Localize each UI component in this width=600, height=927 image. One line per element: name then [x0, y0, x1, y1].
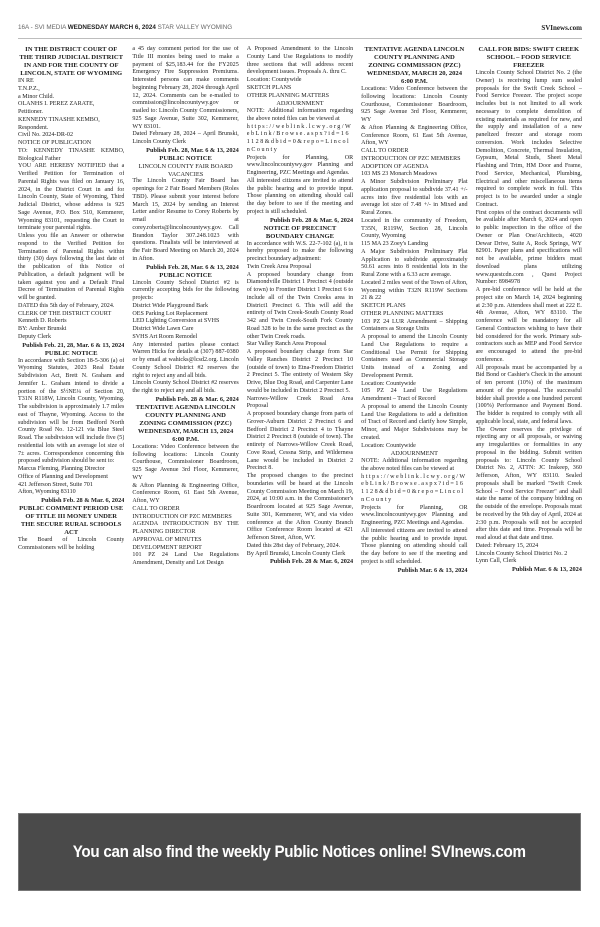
notice-paragraph: CALL TO ORDER [132, 506, 238, 514]
notice-paragraph: Afton, Wyoming 83110 [18, 489, 124, 497]
notice-paragraph: Respondent. [18, 125, 124, 133]
notice-title: TENTATIVE AGENDA LINCOLN COUNTY PLANNING… [361, 46, 467, 86]
publish-dates: Publish Feb. 28 & Mar. 6, 2024 [18, 497, 124, 505]
notice-paragraph: Location: Countywide [361, 381, 467, 389]
notice-paragraph: Star Valley Ranch Area Proposal [247, 341, 353, 349]
publish-dates: Publish Feb. 28 & Mar. 6, 2024 [247, 558, 353, 566]
notice-paragraph: NOTICE OF PUBLICATION [18, 140, 124, 148]
publish-dates: Publish Feb. 28 & Mar. 6, 2024 [132, 396, 238, 404]
notice-paragraph: INTRODUCTION OF PZC MEMBERS [132, 514, 238, 522]
notice-paragraph: OTHER PLANNING MATTERS [247, 93, 353, 101]
notice-paragraph: Projects for Planning, OR www.lincolncou… [247, 155, 353, 178]
header-dateline: 16A - SVI MEDIA WEDNESDAY MARCH 6, 2024 … [18, 24, 232, 31]
publish-dates: Publish Mar. 6 & 13, 2024 [476, 566, 582, 574]
notice-paragraph: Location: Countywide [361, 443, 467, 451]
weblink-url[interactable]: https://weblink.lcwy.org/WebLink/Browse.… [361, 474, 467, 505]
header-site[interactable]: SVInews.com [541, 24, 582, 32]
notice-paragraph: In accordance with Section 18-5-306 (a) … [18, 358, 124, 467]
page-header: 16A - SVI MEDIA WEDNESDAY MARCH 6, 2024 … [18, 24, 582, 39]
notice-paragraph: The Owner reserves the privilege of reje… [476, 427, 582, 543]
notice-paragraph: Civil No. 2024-DR-02 [18, 132, 124, 140]
notice-paragraph: & Afton Planning & Engineering Office, C… [361, 125, 467, 148]
notice-paragraph: By April Brunski, Lincoln County Clerk [247, 551, 353, 559]
notice-paragraph: APPROVAL OF MINUTES [132, 537, 238, 545]
notice-paragraph: Location: Countywide [247, 77, 353, 85]
notice-paragraph: ADOPTION OF AGENDA [361, 164, 467, 172]
notice-paragraph: a Minor Child. [18, 94, 124, 102]
notice-paragraph: District Wide Playground Bark [132, 303, 238, 311]
notice-paragraph: A proposed boundary change from Diamondv… [247, 272, 353, 342]
notice-paragraph: Dated February 28, 2024 – April Brunski,… [132, 131, 238, 147]
notice-paragraph: Lincoln County School District No. 2 [476, 551, 582, 559]
publish-dates: Publish Feb. 28 & Mar. 6, 2024 [247, 217, 353, 225]
column-3: A Proposed Amendment to the Lincoln Coun… [247, 46, 353, 811]
notice-paragraph: T.N.P.Z., [18, 86, 124, 94]
notice-title: PUBLIC NOTICE [18, 350, 124, 358]
notice-paragraph: Lincoln County School District No. 2 (th… [476, 70, 582, 210]
header-date: WEDNESDAY MARCH 6, 2024 [68, 24, 156, 31]
notice-paragraph: The proposed changes to the precinct bou… [247, 473, 353, 543]
notice-paragraph: YOU ARE HEREBY NOTIFIED that a Verified … [18, 163, 124, 233]
notice-paragraph: 115 MA 23 Zoey's Landing [361, 241, 467, 249]
notice-paragraph: A Minor Subdivision Preliminary Plat app… [361, 179, 467, 218]
column-5: CALL FOR BIDS: SWIFT CREEK SCHOOL – FOOD… [476, 46, 582, 811]
publish-dates: Publish Feb. 21, 28, Mar. 6 & 13, 2024 [18, 342, 124, 350]
notice-paragraph: Located 2 miles west of the Town of Afto… [361, 280, 467, 303]
notice-paragraph: The Board of Lincoln County Commissioner… [18, 537, 124, 553]
publish-dates: Publish Mar. 6 & 13, 2024 [361, 567, 467, 575]
notice-paragraph: 103 MS 23 Monarch Meadows [361, 171, 467, 179]
notice-paragraph: INTRODUCTION OF PZC MEMBERS [361, 156, 467, 164]
notice-paragraph: DATED this 5th day of February, 2024. [18, 303, 124, 311]
weblink-url[interactable]: https://weblink.lcwy.org/WebLink/Browse.… [247, 124, 353, 155]
notice-paragraph: Unless you file an Answer or otherwise r… [18, 233, 124, 303]
notice-paragraph: A Proposed Amendment to the Lincoln Coun… [247, 46, 353, 77]
notice-title: PUBLIC COMMENT PERIOD USE OF TITLE III M… [18, 505, 124, 537]
notice-paragraph: A Major Subdivision Preliminary Plat App… [361, 249, 467, 280]
notice-paragraph: A proposal to amend the Lincoln County L… [361, 404, 467, 443]
notice-paragraph: All interested citizens are invited to a… [361, 528, 467, 567]
notice-subtitle: LINCOLN COUNTY FAIR BOARD VACANCIES [132, 163, 238, 179]
publish-dates: Publish Feb. 28, Mar. 6 & 13, 2024 [132, 147, 238, 155]
notice-paragraph: First copies of the contract documents w… [476, 210, 582, 288]
notice-paragraph: Narrows-Willow Creek Road Area Proposal [247, 396, 353, 412]
notice-paragraph: Lincoln County School District #2 reserv… [132, 380, 238, 396]
notice-paragraph: SKETCH PLANS [361, 303, 467, 311]
notice-paragraph: 101 PZ 24 Land Use Regulations Amendment… [132, 552, 238, 568]
notice-subtitle: ADJOURNMENT [361, 450, 467, 458]
notice-paragraph: A pre-bid conference will be held at the… [476, 287, 582, 365]
notice-paragraph: Deputy Clerk [18, 334, 124, 342]
notice-paragraph: Kenneth D. Roberts [18, 318, 124, 326]
notice-paragraph: Petitioner. [18, 109, 124, 117]
notice-paragraph: 103 PZ 24 LUR Amendment – Shipping Conta… [361, 319, 467, 335]
notice-paragraph: Locations: Video Conference between the … [132, 444, 238, 483]
column-1: IN THE DISTRICT COURT OF THE THIRD JUDIC… [18, 46, 124, 811]
notice-paragraph: OES Parking Lot Replacement [132, 311, 238, 319]
notice-title: TENTATIVE AGENDA LINCOLN COUNTY PLANNING… [132, 404, 238, 444]
notice-paragraph: Located in the community of Freedom, T35… [361, 218, 467, 241]
notice-paragraph: CLERK OF THE DISTRICT COURT [18, 311, 124, 319]
header-page: 16A - SVI MEDIA [18, 24, 66, 31]
notices-columns: IN THE DISTRICT COURT OF THE THIRD JUDIC… [18, 46, 582, 811]
notice-paragraph: A proposed boundary change from Star Val… [247, 349, 353, 396]
notice-paragraph: Projects for Planning, OR www.lincolncou… [361, 505, 467, 528]
notice-paragraph: SVHS Art Room Remodel [132, 334, 238, 342]
notice-title: PUBLIC NOTICE [132, 272, 238, 280]
notice-paragraph: 105 PZ 24 Land Use Regulations Amendment… [361, 388, 467, 404]
notice-paragraph: All interested citizens are invited to a… [247, 178, 353, 217]
notice-paragraph: KENNEDY TINASHE KEMBO, [18, 117, 124, 125]
notice-paragraph: LED Lighting Conversion at SVHS [132, 318, 238, 326]
notice-paragraph: Any interested parties please contact Wa… [132, 342, 238, 381]
column-4: TENTATIVE AGENDA LINCOLN COUNTY PLANNING… [361, 46, 467, 811]
notice-paragraph: A proposal to amend the Lincoln County L… [361, 334, 467, 381]
notice-paragraph: NOTE: Additional information regarding t… [247, 108, 353, 124]
notice-paragraph: District Wide Lawn Care [132, 326, 238, 334]
notice-paragraph: Marcus Fleming, Planning Director [18, 466, 124, 474]
notice-paragraph: CALL TO ORDER [361, 148, 467, 156]
publish-dates: Publish Feb. 28, Mar. 6 & 13, 2024 [132, 264, 238, 272]
notice-paragraph: Office of Planning and Development [18, 474, 124, 482]
notice-paragraph: AGENDA INTRODUCTION BY THE PLANNING DIRE… [132, 521, 238, 537]
notice-paragraph: In accordance with W.S. 22-7-102 (a), it… [247, 241, 353, 264]
notice-paragraph: Lynn Call, Clerk [476, 558, 582, 566]
notice-paragraph: OTHER PLANNING MATTERS [361, 311, 467, 319]
notice-paragraph: Dated this 28st day of February, 2024. [247, 543, 353, 551]
notice-subtitle: ADJOURNMENT [247, 100, 353, 108]
notice-title: IN THE DISTRICT COURT OF THE THIRD JUDIC… [18, 46, 124, 78]
notice-paragraph: DEVELOPMENT REPORT [132, 545, 238, 553]
notice-title: NOTICE OF PRECINCT BOUNDARY CHANGE [247, 225, 353, 241]
notice-paragraph: The Lincoln County Fair Board has openin… [132, 178, 238, 263]
notice-paragraph: SKETCH PLANS [247, 85, 353, 93]
header-region: STAR VALLEY WYOMING [158, 24, 233, 31]
column-2: a 45 day comment period for the use of T… [132, 46, 238, 811]
notice-paragraph: IN RE [18, 78, 124, 86]
online-notices-banner: You can also find the weekly Public Noti… [18, 813, 581, 891]
notice-paragraph: BY: Amber Brunski [18, 326, 124, 334]
notice-paragraph: NOTE: Additional information regarding t… [361, 458, 467, 474]
notice-title: PUBLIC NOTICE [132, 155, 238, 163]
banner-text: You can also find the weekly Public Noti… [73, 843, 526, 862]
notice-title: CALL FOR BIDS: SWIFT CREEK SCHOOL – FOOD… [476, 46, 582, 70]
notice-paragraph: & Afton Planning & Engineering Office, C… [132, 483, 238, 506]
notice-paragraph: All proposals must be accompanied by a B… [476, 365, 582, 427]
notice-paragraph: Locations: Video Conference between the … [361, 86, 467, 125]
notice-paragraph: Lincoln County School District #2 is cur… [132, 280, 238, 303]
notice-paragraph: Twin Creek Area Proposal [247, 264, 353, 272]
notice-paragraph: OLANHS I. PEREZ ZARATE, [18, 101, 124, 109]
notice-paragraph: a 45 day comment period for the use of T… [132, 46, 238, 131]
notice-paragraph: Dated: February 15, 2024 [476, 543, 582, 551]
notice-paragraph: A proposed boundary change from parts of… [247, 411, 353, 473]
notice-paragraph: TO: KENNEDY TINASHE KEMBO, Biological Fa… [18, 148, 124, 164]
